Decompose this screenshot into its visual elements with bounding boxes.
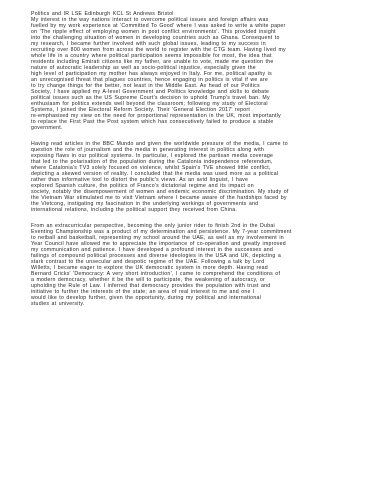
statement-paragraph-1: My interest in the way nations interact … xyxy=(31,17,358,131)
personal-statement-text-block: Politics and IR LSE Edinburgh KCL St And… xyxy=(31,11,358,307)
statement-paragraph-2: Having read articles in the BBC Mundo an… xyxy=(31,141,358,213)
document-page: Politics and IR LSE Edinburgh KCL St And… xyxy=(0,0,386,500)
statement-paragraph-3: From an extracurricular perspective, bec… xyxy=(31,223,358,307)
